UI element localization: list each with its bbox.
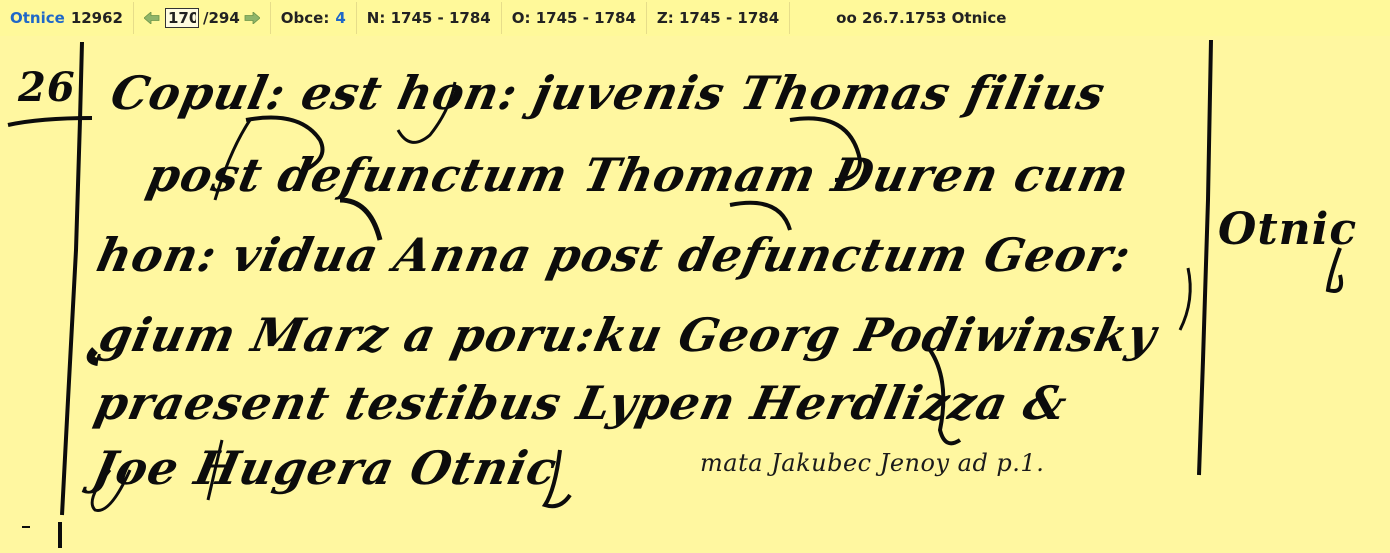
handwritten-line-3: hon: vidua Anna post defunctum Geor: bbox=[92, 228, 1136, 282]
deaths-range-label: Z: 1745 - 1784 bbox=[657, 9, 779, 27]
handwritten-line-1: Copul: est hon: juvenis Thomas filius bbox=[106, 66, 1110, 120]
obce-count-link[interactable]: 4 bbox=[335, 9, 345, 27]
births-range-label: N: 1745 - 1784 bbox=[367, 9, 491, 27]
register-scan-image[interactable]: 26 Copul: est hon: juvenis Thomas filius… bbox=[0, 36, 1390, 553]
marriages-range: O: 1745 - 1784 bbox=[502, 2, 647, 34]
village-section: Otnice 12962 bbox=[0, 2, 134, 34]
record-label: oo 26.7.1753 Otnice bbox=[836, 9, 1006, 27]
header-toolbar: Otnice 12962 /294 Obce: 4 N: 1745 - 1784 bbox=[0, 0, 1390, 36]
marriages-range-label: O: 1745 - 1784 bbox=[512, 9, 636, 27]
births-range: N: 1745 - 1784 bbox=[357, 2, 502, 34]
handwritten-line-2: post defunctum Thomam Duren cum bbox=[142, 148, 1134, 202]
village-link[interactable]: Otnice bbox=[10, 9, 65, 27]
obce-label: Obce: bbox=[281, 9, 330, 27]
village-code: 12962 bbox=[71, 9, 123, 27]
page-navigator: /294 bbox=[134, 2, 271, 34]
obce-section: Obce: 4 bbox=[271, 2, 357, 34]
page-total: /294 bbox=[203, 9, 240, 27]
deaths-range: Z: 1745 - 1784 bbox=[647, 2, 790, 34]
later-annotation: mata Jakubec Jenoy ad p.1. bbox=[700, 449, 1044, 477]
record-info: oo 26.7.1753 Otnice bbox=[790, 2, 1016, 34]
entry-number: 26 bbox=[18, 64, 76, 111]
arrow-right-icon[interactable] bbox=[244, 12, 260, 24]
register-viewer: Otnice 12962 /294 Obce: 4 N: 1745 - 1784 bbox=[0, 0, 1390, 553]
margin-place-note: Otnic bbox=[1218, 204, 1357, 255]
handwritten-line-5: praesent testibus Lypen Herdlizza & bbox=[90, 376, 1072, 430]
handwritten-line-6: Joe Hugera Otnic bbox=[88, 441, 562, 495]
page-number-input[interactable] bbox=[165, 8, 199, 28]
arrow-left-icon[interactable] bbox=[144, 12, 160, 24]
handwritten-line-4: gium Marz a poru:ku Georg Podiwinsky bbox=[94, 308, 1161, 362]
